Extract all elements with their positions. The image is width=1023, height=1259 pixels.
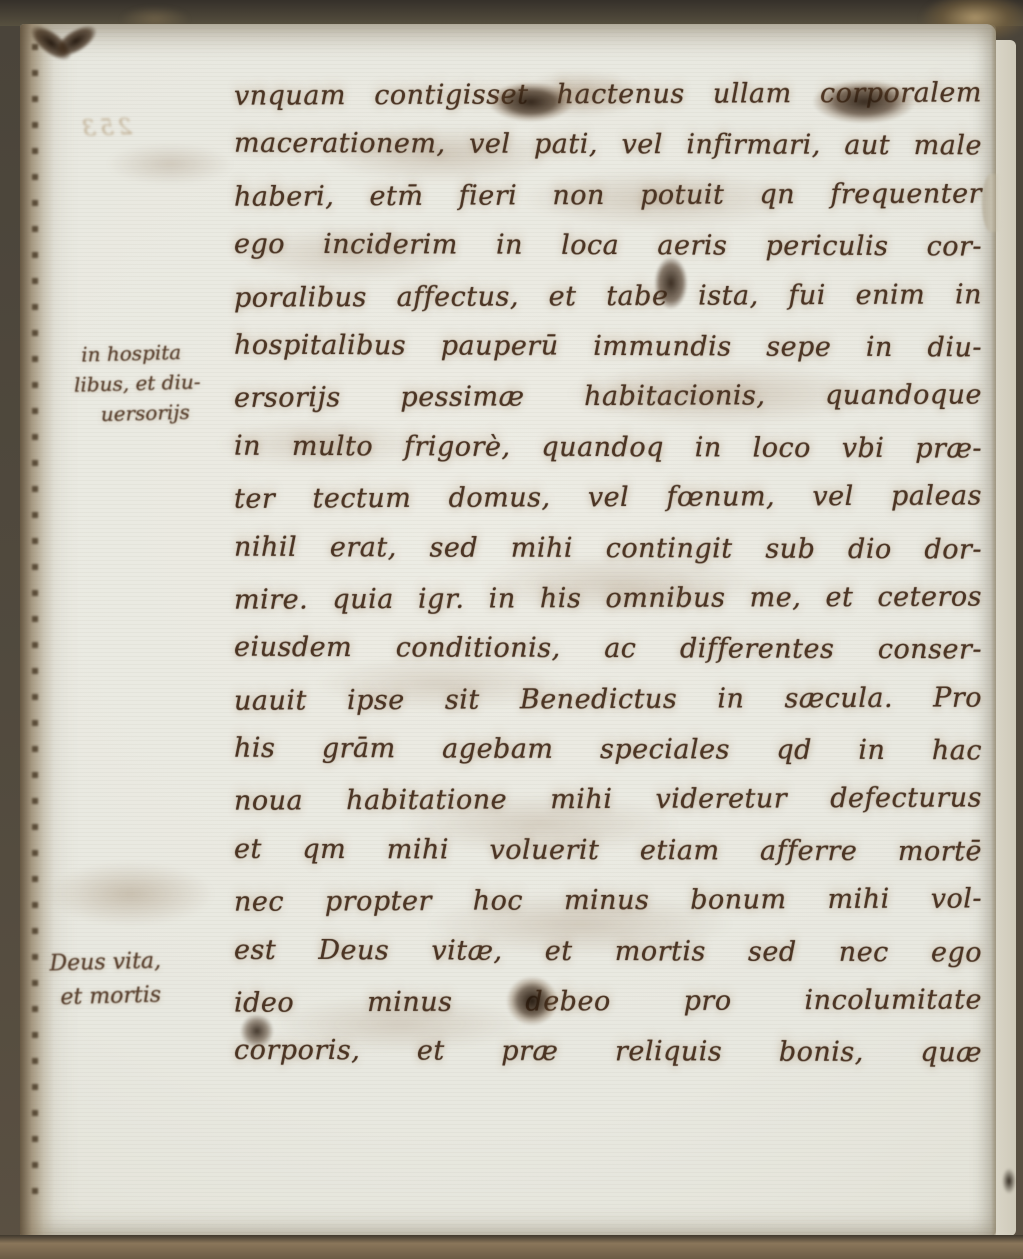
manuscript-line: est Deus vitæ, et mortis sed nec ego [234, 925, 982, 978]
margin-note-line: libus, et diu- [74, 366, 201, 399]
manuscript-line: poralibus affectus, et tabe ista, fui en… [234, 270, 982, 324]
manuscript-line: corporis, et præ reliquis bonis, quæ [234, 1026, 982, 1079]
margin-note-hospitals: in hospita libus, et diu- uersorijs [81, 336, 202, 429]
margin-note-line: in hospita [81, 336, 200, 369]
page-right-edge [991, 24, 996, 1238]
margin-note-deus-vita: Deus vita, et mortis [49, 945, 162, 1016]
manuscript-line: ter tectum domus, vel fœnum, vel paleas [234, 471, 982, 525]
folio-number-bleedthrough: 253 [78, 115, 133, 142]
manuscript-page: 253 in hospita libus, et diu- uersorijs … [20, 24, 996, 1238]
manuscript-line: hospitalibus pauperū immundis sepe in di… [234, 321, 982, 374]
ink-blot [812, 80, 916, 124]
margin-note-line: Deus vita, [49, 945, 161, 982]
manuscript-line: in multo frigorè, quandoq in loco vbi pr… [234, 421, 982, 474]
ink-blot [488, 82, 574, 122]
manuscript-photo: 253 in hospita libus, et diu- uersorijs … [0, 0, 1023, 1259]
manuscript-line: ego inciderim in loca aeris periculis co… [234, 220, 982, 273]
manuscript-line: his grām agebam speciales qd in hac [234, 724, 982, 777]
manuscript-line: mire. quia igr. in his omnibus me, et ce… [234, 572, 982, 626]
manuscript-line: ideo minus debeo pro incolumitate [234, 975, 982, 1029]
table-surface [0, 1235, 1023, 1259]
ink-blot [650, 250, 692, 316]
margin-note-line: uersorijs [100, 396, 201, 429]
manuscript-line: ersorijs pessimæ habitacionis, quandoque [234, 371, 982, 425]
manuscript-line: uauit ipse sit Benedictus in sæcula. Pro [234, 673, 982, 727]
margin-note-line: et mortis [60, 979, 162, 1016]
manuscript-text-block: vnquam contigisset hactenus ullam corpor… [234, 70, 982, 1078]
manuscript-line: et qm mihi voluerit etiam afferre mortē [234, 825, 982, 878]
manuscript-line: eiusdem conditionis, ac differentes cons… [234, 623, 982, 676]
manuscript-line: nec propter hoc minus bonum mihi vol- [234, 875, 982, 929]
manuscript-line: macerationem, vel pati, vel infirmari, a… [234, 119, 982, 172]
manuscript-line: noua habitatione mihi videretur defectur… [234, 774, 982, 828]
ink-blot [506, 976, 558, 1026]
manuscript-line: nihil erat, sed mihi contingit sub dio d… [234, 522, 982, 575]
edge-ink-mark [1002, 1168, 1016, 1194]
ink-blot [240, 1014, 274, 1048]
manuscript-line: haberi, etm̄ fieri non potuit qn frequen… [234, 169, 982, 223]
